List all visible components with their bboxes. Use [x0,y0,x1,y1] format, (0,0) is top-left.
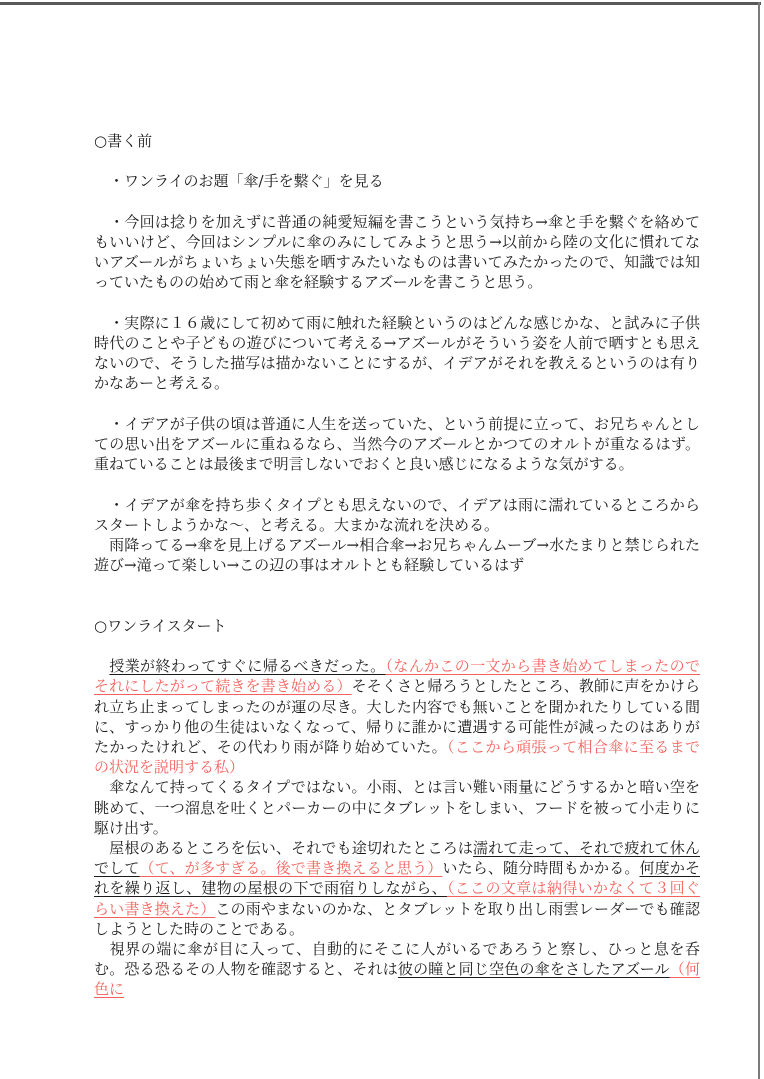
paragraph: ・実際に１６歳にして初めて雨に触れた経験というのはどんな感じかな、と試みに子供時… [94,313,700,394]
page-top-edge-line [0,2,761,5]
text-run: ・イデアが傘を持ち歩くタイプとも思えないので、イデアは雨に濡れているところからス… [94,496,700,534]
text-run: 傘なんて持ってくるタイプではない。小雨、とは言い難い雨量にどうするかと暗い空を眺… [94,778,700,836]
page-right-edge-line [758,2,760,1079]
text-run: ・イデアが子供の頃は普通に人生を送っていた、という前提に立って、お兄ちゃんとして… [94,415,700,473]
text-run: いたら、随分時間もかかる。 [442,859,639,877]
section-heading: ○ワンライスタート [94,616,700,636]
text-run: ・今回は捻りを加えずに普通の純愛短編を書こうという気持ち→傘と手を繋ぐを絡めても… [94,213,700,292]
paragraph: 視界の端に傘が目に入って、自動的にそこに人がいるであろうと察し、ひっと息を呑む。… [94,939,700,1000]
text-run: 彼の瞳と同じ空色の傘をさしたアズール [398,960,670,978]
paragraph: 雨降ってる→傘を見上げるアズール→相合傘→お兄ちゃんムーブ→水たまりと禁じられた… [94,535,700,575]
blank-line [94,192,700,212]
text-run: 雨降ってる→傘を見上げるアズール→相合傘→お兄ちゃんムーブ→水たまりと禁じられた… [94,536,700,574]
document-body-text: ○書く前 ・ワンライのお題「傘/手を繋ぐ」を見る ・今回は捻りを加えずに普通の純… [94,131,700,1000]
blank-line [94,151,700,171]
blank-line [94,293,700,313]
paragraph: 傘なんて持ってくるタイプではない。小雨、とは言い難い雨量にどうするかと暗い空を眺… [94,777,700,838]
blank-line [94,636,700,656]
paragraph: ・イデアが子供の頃は普通に人生を送っていた、という前提に立って、お兄ちゃんとして… [94,414,700,475]
paragraph: 授業が終わってすぐに帰るべきだった。（なんかこの一文から書き始めてしまったのでそ… [94,656,700,777]
text-run: 屋根のあるところを伝い、それでも途切れたところは [94,839,473,857]
text-run: ・実際に１６歳にして初めて雨に触れた経験というのはどんな感じかな、と試みに子供時… [94,314,700,393]
blank-line [94,474,700,494]
text-run: ○書く前 [94,132,152,150]
text-run: ・ワンライのお題「傘/手を繋ぐ」を見る [94,172,384,190]
page-background: ○書く前 ・ワンライのお題「傘/手を繋ぐ」を見る ・今回は捻りを加えずに普通の純… [0,0,764,1079]
text-run [94,657,109,675]
text-run: ○ワンライスタート [94,617,227,635]
blank-line [94,596,700,616]
section-heading: ○書く前 [94,131,700,151]
paragraph: ・ワンライのお題「傘/手を繋ぐ」を見る [94,171,700,191]
text-run: 授業が終わってすぐに帰るべきだった。 [109,657,385,675]
paragraph: ・今回は捻りを加えずに普通の純愛短編を書こうという気持ち→傘と手を繋ぐを絡めても… [94,212,700,293]
annotation-text-run: （て、が多すぎる。後で書き換えると思う） [139,859,442,877]
paragraph: 屋根のあるところを伝い、それでも途切れたところは濡れて走って、それで疲れて休んで… [94,838,700,939]
blank-line [94,394,700,414]
document-page: { "page": { "background": "#ffffff", "to… [0,0,764,1079]
blank-line [94,575,700,595]
paragraph: ・イデアが傘を持ち歩くタイプとも思えないので、イデアは雨に濡れているところからス… [94,495,700,535]
